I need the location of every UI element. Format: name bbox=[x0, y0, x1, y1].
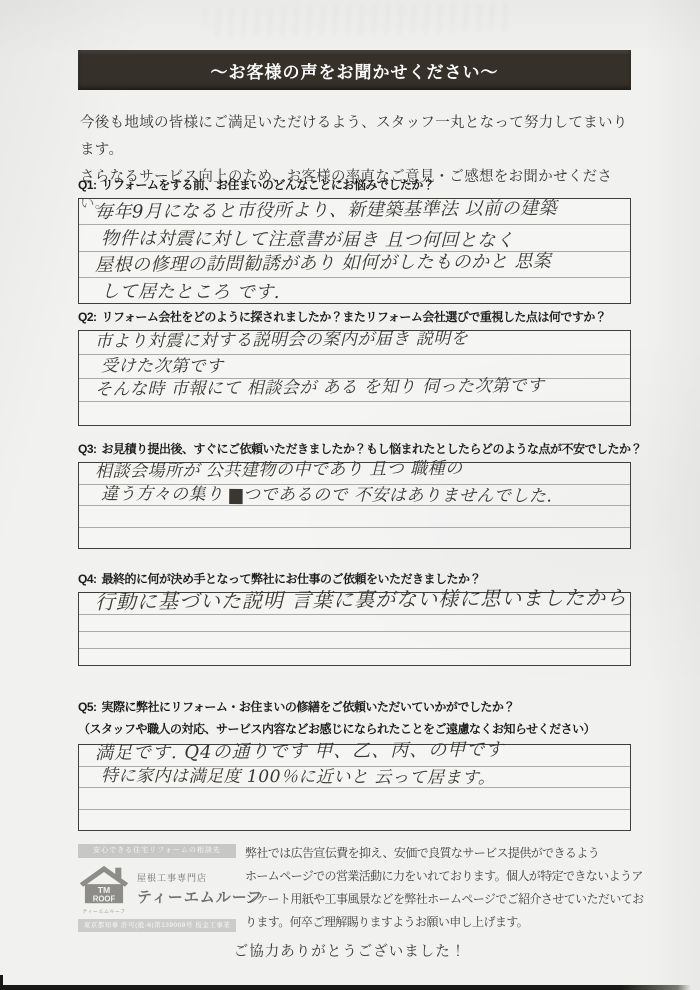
svg-text:ROOF: ROOF bbox=[93, 894, 116, 903]
question-text: 最終的に何が決め手となって弊社にお仕事のご依頼をいただきましたか？ bbox=[102, 572, 482, 586]
question-subnote: （スタッフや職人の対応、サービス内容などお感じになられたことをご遠慮なくお知らせ… bbox=[78, 720, 631, 737]
scan-edge-artifact bbox=[0, 985, 691, 990]
logo-main: TM ROOF ティーエムルーフ 屋根工事専門店 ティーエムルーフ bbox=[78, 858, 236, 919]
handwritten-answer-line: 満足です. Q4の通りです 甲、乙、丙、の甲です bbox=[79, 743, 505, 766]
question-text: リフォーム会社をどのように探されましたか？またリフォーム会社選びで重視した点は何… bbox=[102, 310, 607, 324]
handwritten-answer-line: 受けた次第です bbox=[79, 359, 224, 378]
handwritten-answer-line: 市より対震に対する説明会の案内が届き 説明を bbox=[79, 332, 469, 354]
handwritten-answer-line: そんな時 市報にて 相談会が ある を知り 伺った次第です bbox=[79, 379, 545, 401]
scanned-survey-page: ～お客様の声をお聞かせください～ 今後も地域の皆様にご満足いただけるよう、スタッ… bbox=[0, 0, 700, 990]
handwritten-answer-line: 物件は対震に対して注意書が届き 且つ何回となく bbox=[79, 231, 514, 252]
handwritten-answer-line: 行動に基づいた説明 言葉に裏がない様に思いましたから bbox=[79, 588, 628, 614]
answer-ruled-row bbox=[79, 649, 630, 665]
intro-line-1: 今後も地域の皆様にご満足いただけるよう、スタッフ一丸となって努力してまいります。 bbox=[80, 110, 640, 164]
handwritten-answer-line bbox=[79, 662, 101, 665]
handwritten-answer-line: 違う方々の集り ▆つであるので 不安はありませんでした. bbox=[79, 487, 552, 508]
company-logo-block: 安心できる住宅リフォームの相談先 TM ROOF ティーエムルーフ 屋根工事専門… bbox=[78, 844, 236, 932]
answer-ruled-row bbox=[79, 528, 630, 549]
handwritten-answer-line bbox=[79, 545, 101, 548]
question-label-q3: Q3:お見積り提出後、すぐにご依頼いただきましたか？もし悩まれたとしたらどのよう… bbox=[78, 440, 631, 457]
answer-ruled-row bbox=[79, 402, 630, 425]
question-label-q2: Q2:リフォーム会社をどのように探されましたか？またリフォーム会社選びで重視した… bbox=[78, 308, 631, 325]
answer-ruled-row bbox=[79, 615, 630, 632]
answer-ruled-row bbox=[79, 632, 630, 649]
footer-message-line: ンケート用紙や工事風景などを弊社ホームページでご紹介させていただいてお bbox=[245, 888, 645, 911]
question-block-q5: Q5:実際に弊社にリフォーム・お住まいの修繕をご依頼いただいていかがでしたか？ … bbox=[78, 698, 631, 831]
answer-box-q4: 行動に基づいた説明 言葉に裏がない様に思いましたから bbox=[78, 592, 631, 666]
question-label-q1: Q1:リフォームをする前、お住まいのどんなことにお悩みでしたか？ bbox=[78, 176, 631, 193]
answer-ruled-row: 特に家内は満足度 100％に近いと 云って居ます。 bbox=[79, 767, 630, 789]
handwritten-answer-line: 毎年9月になると市役所より、新建築基準法 以前の建築 bbox=[79, 201, 557, 224]
answer-ruled-row: 相談会場所が 公共建物の中であり 且つ 職種の bbox=[79, 463, 630, 485]
answer-ruled-row: 違う方々の集り ▆つであるので 不安はありませんでした. bbox=[79, 485, 630, 507]
question-number: Q2: bbox=[78, 310, 97, 324]
handwritten-answer-line bbox=[79, 645, 95, 648]
handwritten-answer-line bbox=[79, 805, 95, 808]
footer-message-line: ホームページでの営業活動に力をいれております。個人が特定できないようア bbox=[245, 865, 645, 888]
question-number: Q3: bbox=[78, 442, 97, 456]
logo-caption: ティーエムルーフ bbox=[82, 908, 125, 915]
footer-message-line: 弊社では広告宣伝費を抑え、安価で良質なサービス提供ができるよう bbox=[245, 842, 645, 865]
question-block-q4: Q4:最終的に何が決め手となって弊社にお仕事のご依頼をいただきましたか？ 行動に… bbox=[78, 570, 631, 666]
footer-message: 弊社では広告宣伝費を抑え、安価で良質なサービス提供ができるよう ホームページでの… bbox=[245, 842, 645, 934]
handwritten-answer-line: して居たところ です. bbox=[79, 284, 280, 304]
answer-ruled-row bbox=[79, 810, 630, 831]
thanks-message: ご協力ありがとうございました！ bbox=[0, 940, 700, 961]
question-label-q4: Q4:最終的に何が決め手となって弊社にお仕事のご依頼をいただきましたか？ bbox=[78, 570, 631, 587]
handwritten-answer-line bbox=[79, 523, 95, 526]
question-text: 実際に弊社にリフォーム・お住まいの修繕をご依頼いただいていかがでしたか？ bbox=[102, 700, 515, 714]
question-number: Q5: bbox=[78, 700, 97, 714]
question-block-q2: Q2:リフォーム会社をどのように探されましたか？またリフォーム会社選びで重視した… bbox=[78, 308, 631, 426]
question-number: Q4: bbox=[78, 572, 97, 586]
answer-box-q3: 相談会場所が 公共建物の中であり 且つ 職種の 違う方々の集り ▆つであるので … bbox=[78, 462, 631, 549]
question-label-q5: Q5:実際に弊社にリフォーム・お住まいの修繕をご依頼いただいていかがでしたか？ bbox=[78, 698, 631, 715]
license-text: 東京都知事 許可(般-6)第139008号 板金工事業 bbox=[78, 919, 236, 932]
answer-ruled-row: 屋根の修理の訪問勧誘があり 如何がしたものかと 思案 bbox=[79, 252, 630, 278]
answer-ruled-row: 毎年9月になると市役所より、新建築基準法 以前の建築 bbox=[79, 199, 630, 225]
logo-tagline: 安心できる住宅リフォームの相談先 bbox=[78, 844, 236, 858]
handwritten-answer-line: 特に家内は満足度 100％に近いと 云って居ます。 bbox=[79, 769, 495, 789]
question-block-q1: Q1:リフォームをする前、お住まいのどんなことにお悩みでしたか？ 毎年9月になる… bbox=[78, 176, 631, 304]
question-text: お見積り提出後、すぐにご依頼いただきましたか？もし悩まれたとしたらどのような点が… bbox=[102, 442, 643, 456]
handwritten-answer-line bbox=[79, 628, 101, 631]
handwritten-answer-line bbox=[79, 827, 101, 830]
scan-edge-artifact bbox=[0, 975, 3, 990]
handwritten-answer-line: 屋根の修理の訪問勧誘があり 如何がしたものかと 思案 bbox=[79, 253, 552, 276]
answer-ruled-row: 行動に基づいた説明 言葉に裏がない様に思いましたから bbox=[79, 593, 630, 615]
handwritten-answer-line bbox=[79, 422, 101, 425]
question-number: Q1: bbox=[78, 178, 97, 192]
form-title-bar: ～お客様の声をお聞かせください～ bbox=[78, 50, 631, 90]
bleed-through-smudge bbox=[205, 3, 515, 36]
answer-ruled-row: そんな時 市報にて 相談会が ある を知り 伺った次第です bbox=[79, 379, 630, 403]
handwritten-answer-line: 相談会場所が 公共建物の中であり 且つ 職種の bbox=[79, 462, 463, 484]
form-title: ～お客様の声をお聞かせください～ bbox=[211, 58, 499, 83]
answer-ruled-row bbox=[79, 506, 630, 528]
footer-message-line: ります。何卒ご理解賜りますようお願い申し上げます。 bbox=[245, 911, 645, 934]
answer-ruled-row bbox=[79, 788, 630, 810]
answer-box-q5: 満足です. Q4の通りです 甲、乙、丙、の甲です 特に家内は満足度 100％に近… bbox=[78, 744, 631, 831]
svg-text:TM: TM bbox=[98, 885, 111, 895]
answer-ruled-row: 市より対震に対する説明会の案内が届き 説明を bbox=[79, 331, 630, 355]
answer-box-q2: 市より対震に対する説明会の案内が届き 説明を 受けた次第です そんな時 市報にて… bbox=[78, 330, 631, 426]
answer-ruled-row: して居たところ です. bbox=[79, 278, 630, 303]
answer-ruled-row: 受けた次第です bbox=[79, 355, 630, 379]
house-icon: TM ROOF ティーエムルーフ bbox=[78, 863, 130, 915]
question-text: リフォームをする前、お住まいのどんなことにお悩みでしたか？ bbox=[102, 178, 435, 192]
answer-ruled-row: 物件は対震に対して注意書が届き 且つ何回となく bbox=[79, 225, 630, 251]
answer-box-q1: 毎年9月になると市役所より、新建築基準法 以前の建築 物件は対震に対して注意書が… bbox=[78, 198, 631, 304]
answer-ruled-row: 満足です. Q4の通りです 甲、乙、丙、の甲です bbox=[79, 745, 630, 767]
question-block-q3: Q3:お見積り提出後、すぐにご依頼いただきましたか？もし悩まれたとしたらどのよう… bbox=[78, 440, 631, 549]
